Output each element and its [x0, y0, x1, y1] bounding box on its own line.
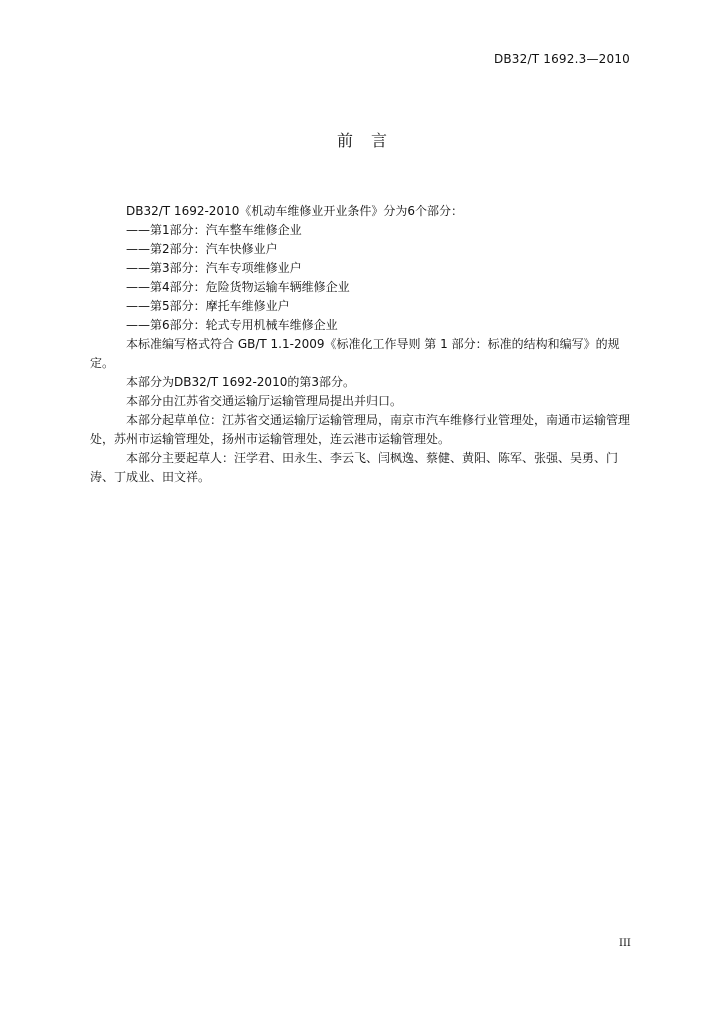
- list-item-part-6: ——第6部分：轮式专用机械车维修企业: [90, 316, 632, 335]
- paragraph-drafting-units: 本部分起草单位：江苏省交通运输厅运输管理局，南京市汽车维修行业管理处，南通市运输…: [90, 411, 632, 449]
- page-number: III: [619, 938, 631, 949]
- section-title-foreword: 前言: [0, 128, 724, 151]
- paragraph-proposer: 本部分由江苏省交通运输厅运输管理局提出并归口。: [90, 392, 632, 411]
- paragraph-part-number: 本部分为DB32/T 1692-2010的第3部分。: [90, 373, 632, 392]
- standard-code-header: DB32/T 1692.3—2010: [494, 52, 630, 66]
- title-char-1: 前: [337, 128, 353, 151]
- paragraph-drafters: 本部分主要起草人：汪学君、田永生、李云飞、闫枫逸、蔡健、黄阳、陈军、张强、吴勇、…: [90, 449, 632, 487]
- foreword-body: DB32/T 1692-2010《机动车维修业开业条件》分为6个部分： ——第1…: [90, 202, 632, 487]
- list-item-part-5: ——第5部分：摩托车维修业户: [90, 297, 632, 316]
- list-item-part-3: ——第3部分：汽车专项维修业户: [90, 259, 632, 278]
- paragraph-parts-intro: DB32/T 1692-2010《机动车维修业开业条件》分为6个部分：: [90, 202, 632, 221]
- list-item-part-4: ——第4部分：危险货物运输车辆维修企业: [90, 278, 632, 297]
- list-item-part-2: ——第2部分：汽车快修业户: [90, 240, 632, 259]
- list-item-part-1: ——第1部分：汽车整车维修企业: [90, 221, 632, 240]
- paragraph-format-compliance: 本标准编写格式符合 GB/T 1.1-2009《标准化工作导则 第 1 部分：标…: [90, 335, 632, 373]
- title-char-2: 言: [371, 128, 387, 151]
